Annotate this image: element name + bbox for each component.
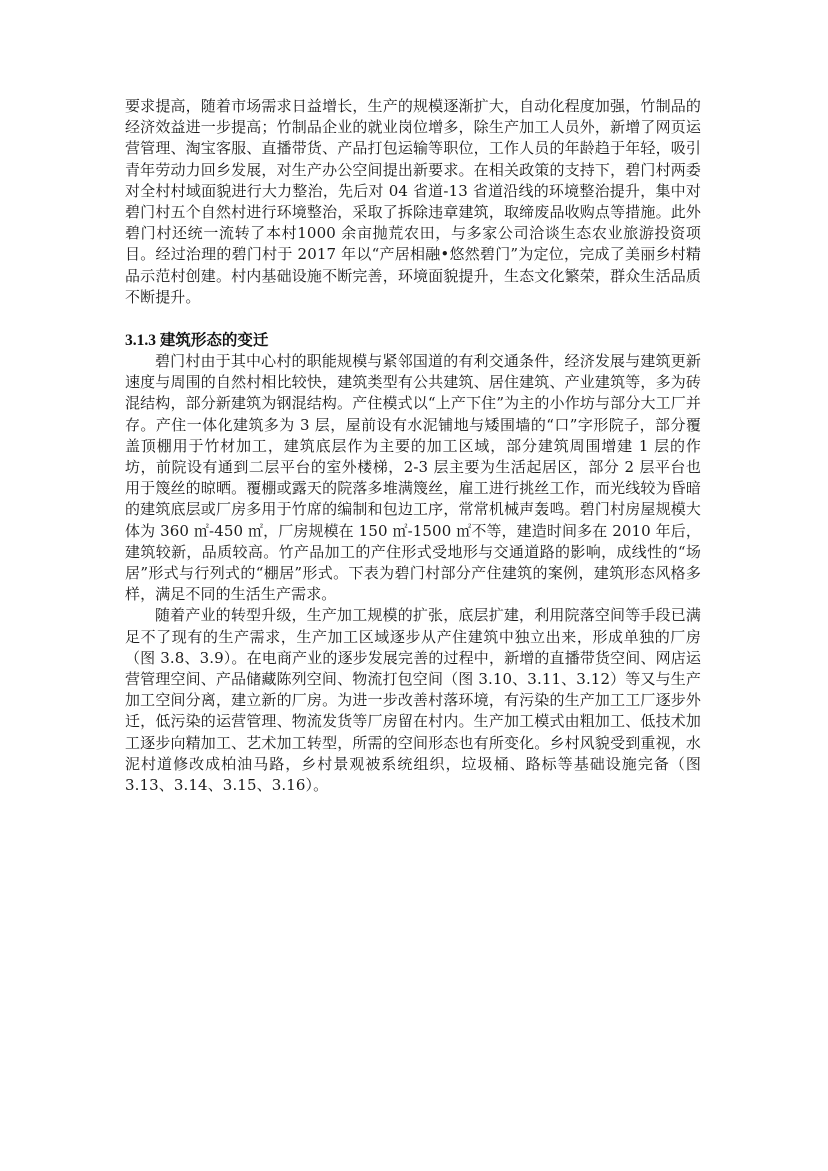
section-heading: 3.1.3 建筑形态的变迁	[125, 330, 701, 351]
section-number: 3.1.3	[125, 332, 156, 349]
section-title: 建筑形态的变迁	[160, 332, 269, 349]
body-paragraph-intro: 要求提高，随着市场需求日益增长，生产的规模逐渐扩大，自动化程度加强，竹制品的经济…	[125, 96, 701, 308]
document-page: 要求提高，随着市场需求日益增长，生产的规模逐渐扩大，自动化程度加强，竹制品的经济…	[125, 96, 701, 796]
body-paragraph-transformation: 随着产业的转型升级，生产加工规模的扩张，底层扩建，利用院落空间等手段已满足不了现…	[125, 605, 701, 796]
body-paragraph-architecture: 碧门村由于其中心村的职能规模与紧邻国道的有利交通条件，经济发展与建筑更新速度与周…	[125, 351, 701, 605]
